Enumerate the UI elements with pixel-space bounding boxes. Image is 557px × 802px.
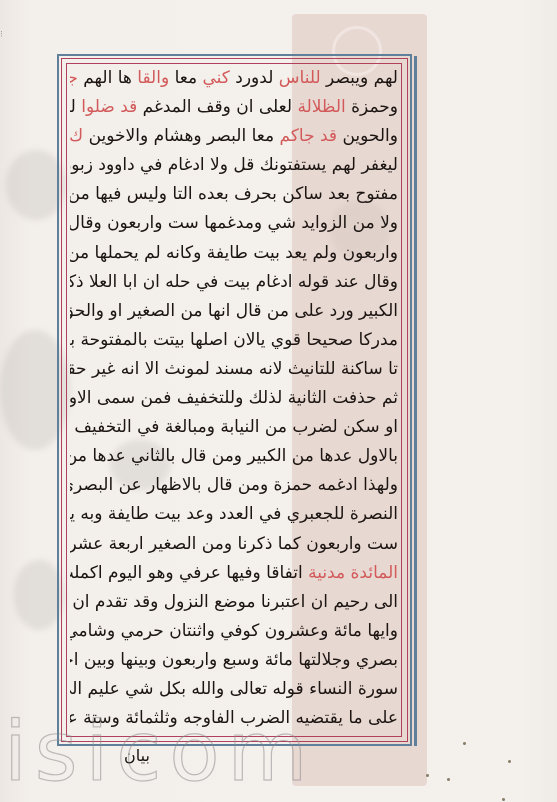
text-line: او سكن لضرب من النيابة ومبالغة في التخفي… <box>70 413 398 442</box>
rubric-word: الظلالة <box>297 97 345 117</box>
text-segment: معا <box>169 68 202 88</box>
rubric-word: كني <box>202 68 229 88</box>
text-segment: لهم ويبصر <box>321 68 398 88</box>
speck <box>502 798 505 801</box>
text-line: واربعون ولم يعد بيت طايفة وكانه لم يحمله… <box>70 239 398 268</box>
text-segment: معا البصر وهشام والاخوين <box>83 126 279 146</box>
text-line: مدركا صحيحا قوي يالان اصلها بيتت بالمفتو… <box>70 326 398 355</box>
text-segment: ولهذا ادغمه حمزة ومن قال بالاظهار عن الب… <box>70 475 398 495</box>
speck <box>426 774 429 777</box>
rubric-word: قد ضلوا <box>81 97 137 117</box>
rubric-word: للناس <box>279 68 321 88</box>
margin-mark: ⁝ <box>0 30 14 56</box>
text-line: سورة النساء قوله تعالى والله بكل شي عليم… <box>70 675 398 704</box>
text-segment: وحمزة <box>346 97 398 117</box>
watermark-text: isicom <box>4 712 315 794</box>
rubric-word: قد جاكم <box>279 126 337 146</box>
text-line: ثم حذفت الثانية لذلك وللتخفيف فمن سمى ال… <box>70 384 398 413</box>
text-line: وقال عند قوله ادغام بيت في حله ان ابا ال… <box>70 268 398 297</box>
rubric-word: المائدة مدنية <box>308 563 398 583</box>
text-segment: لدورد <box>230 68 279 88</box>
manuscript-text-block: لهم ويبصر للناس لدورد كني معا والقا ها ا… <box>70 64 398 734</box>
text-segment: ثم حذفت الثانية لذلك وللتخفيف فمن سمى ال… <box>70 388 398 408</box>
text-line: مفتوح بعد ساكن بحرف بعده التا وليس فيها … <box>70 180 398 209</box>
text-segment: تا ساكنة للتانيث لانه مسند لمونث الا انه… <box>70 359 398 379</box>
text-line: وحمزة الظلالة لعلى ان وقف المدغم قد ضلوا… <box>70 93 398 122</box>
text-line: الكبير ورد على من قال انها من الصغير او … <box>70 297 398 326</box>
text-segment: ليغفر لهم يستفتونك قل ولا ادغام في داوود… <box>70 155 398 175</box>
text-segment: ولا من الزوايد شي ومدغمها ست واربعون وقا… <box>70 213 398 233</box>
text-segment: بصري وجلالتها مائة وسبع واربعون وبينها و… <box>70 650 398 670</box>
rubric-word: ك <box>70 126 83 146</box>
text-line: بصري وجلالتها مائة وسبع واربعون وبينها و… <box>70 646 398 675</box>
text-segment: مفتوح بعد ساكن بحرف بعده التا وليس فيها … <box>70 184 398 204</box>
manuscript-page: ⁝ لهم ويبصر للناس لدورد كني معا والقا ها… <box>0 0 557 802</box>
text-line: لهم ويبصر للناس لدورد كني معا والقا ها ا… <box>70 64 398 93</box>
speck <box>463 742 466 745</box>
text-line: الى رحيم ان اعتبرنا موضع النزول وقد تقدم… <box>70 588 398 617</box>
text-segment: والحوين <box>337 126 398 146</box>
text-line: بالاول عدها من الكبير ومن قال بالثاني عد… <box>70 442 398 471</box>
text-segment: ست واربعون كما ذكرنا ومن الصغير اربعة عش… <box>70 534 398 554</box>
text-line: ليغفر لهم يستفتونك قل ولا ادغام في داوود… <box>70 151 398 180</box>
text-line: ولهذا ادغمه حمزة ومن قال بالاظهار عن الب… <box>70 471 398 500</box>
text-segment: لورش وبصر وشام <box>70 97 81 117</box>
text-segment: لعلى ان وقف المدغم <box>137 97 297 117</box>
text-segment: بالاول عدها من الكبير ومن قال بالثاني عد… <box>70 446 398 466</box>
frame-right-rule <box>414 56 417 746</box>
text-segment: مدركا صحيحا قوي يالان اصلها بيتت بالمفتو… <box>70 330 398 350</box>
speck <box>508 760 511 763</box>
text-line: المائدة مدنية اتفاقا وفيها عرفي وهو اليو… <box>70 559 398 588</box>
text-segment: واربعون ولم يعد بيت طايفة وكانه لم يحمله… <box>70 243 398 263</box>
text-segment: ها الهم <box>78 68 137 88</box>
text-line: والحوين قد جاكم معا البصر وهشام والاخوين… <box>70 122 398 151</box>
text-line: تا ساكنة للتانيث لانه مسند لمونث الا انه… <box>70 355 398 384</box>
text-line: ست واربعون كما ذكرنا ومن الصغير اربعة عش… <box>70 530 398 559</box>
text-segment: النصرة للجعبري في العدد وعد بيت طايفة وب… <box>70 504 398 524</box>
text-segment: سورة النساء قوله تعالى والله بكل شي عليم… <box>70 679 398 699</box>
text-segment: وقال عند قوله ادغام بيت في حله ان ابا ال… <box>70 272 398 292</box>
text-segment: الى رحيم ان اعتبرنا موضع النزول وقد تقدم… <box>70 592 398 612</box>
text-segment: او سكن لضرب من النيابة ومبالغة في التخفي… <box>70 417 398 437</box>
text-segment: وايها مائة وعشرون كوفي واثنتان حرمي وشام… <box>70 621 398 641</box>
text-line: النصرة للجعبري في العدد وعد بيت طايفة وب… <box>70 500 398 529</box>
text-line: ولا من الزوايد شي ومدغمها ست واربعون وقا… <box>70 209 398 238</box>
text-segment: الكبير ورد على من قال انها من الصغير او … <box>70 301 398 321</box>
speck <box>447 778 450 781</box>
rubric-word: جاكم <box>70 68 78 88</box>
rubric-word: والقا <box>137 68 169 88</box>
text-line: وايها مائة وعشرون كوفي واثنتان حرمي وشام… <box>70 617 398 646</box>
text-segment: اتفاقا وفيها عرفي وهو اليوم اكملت لكم دي… <box>70 563 308 583</box>
